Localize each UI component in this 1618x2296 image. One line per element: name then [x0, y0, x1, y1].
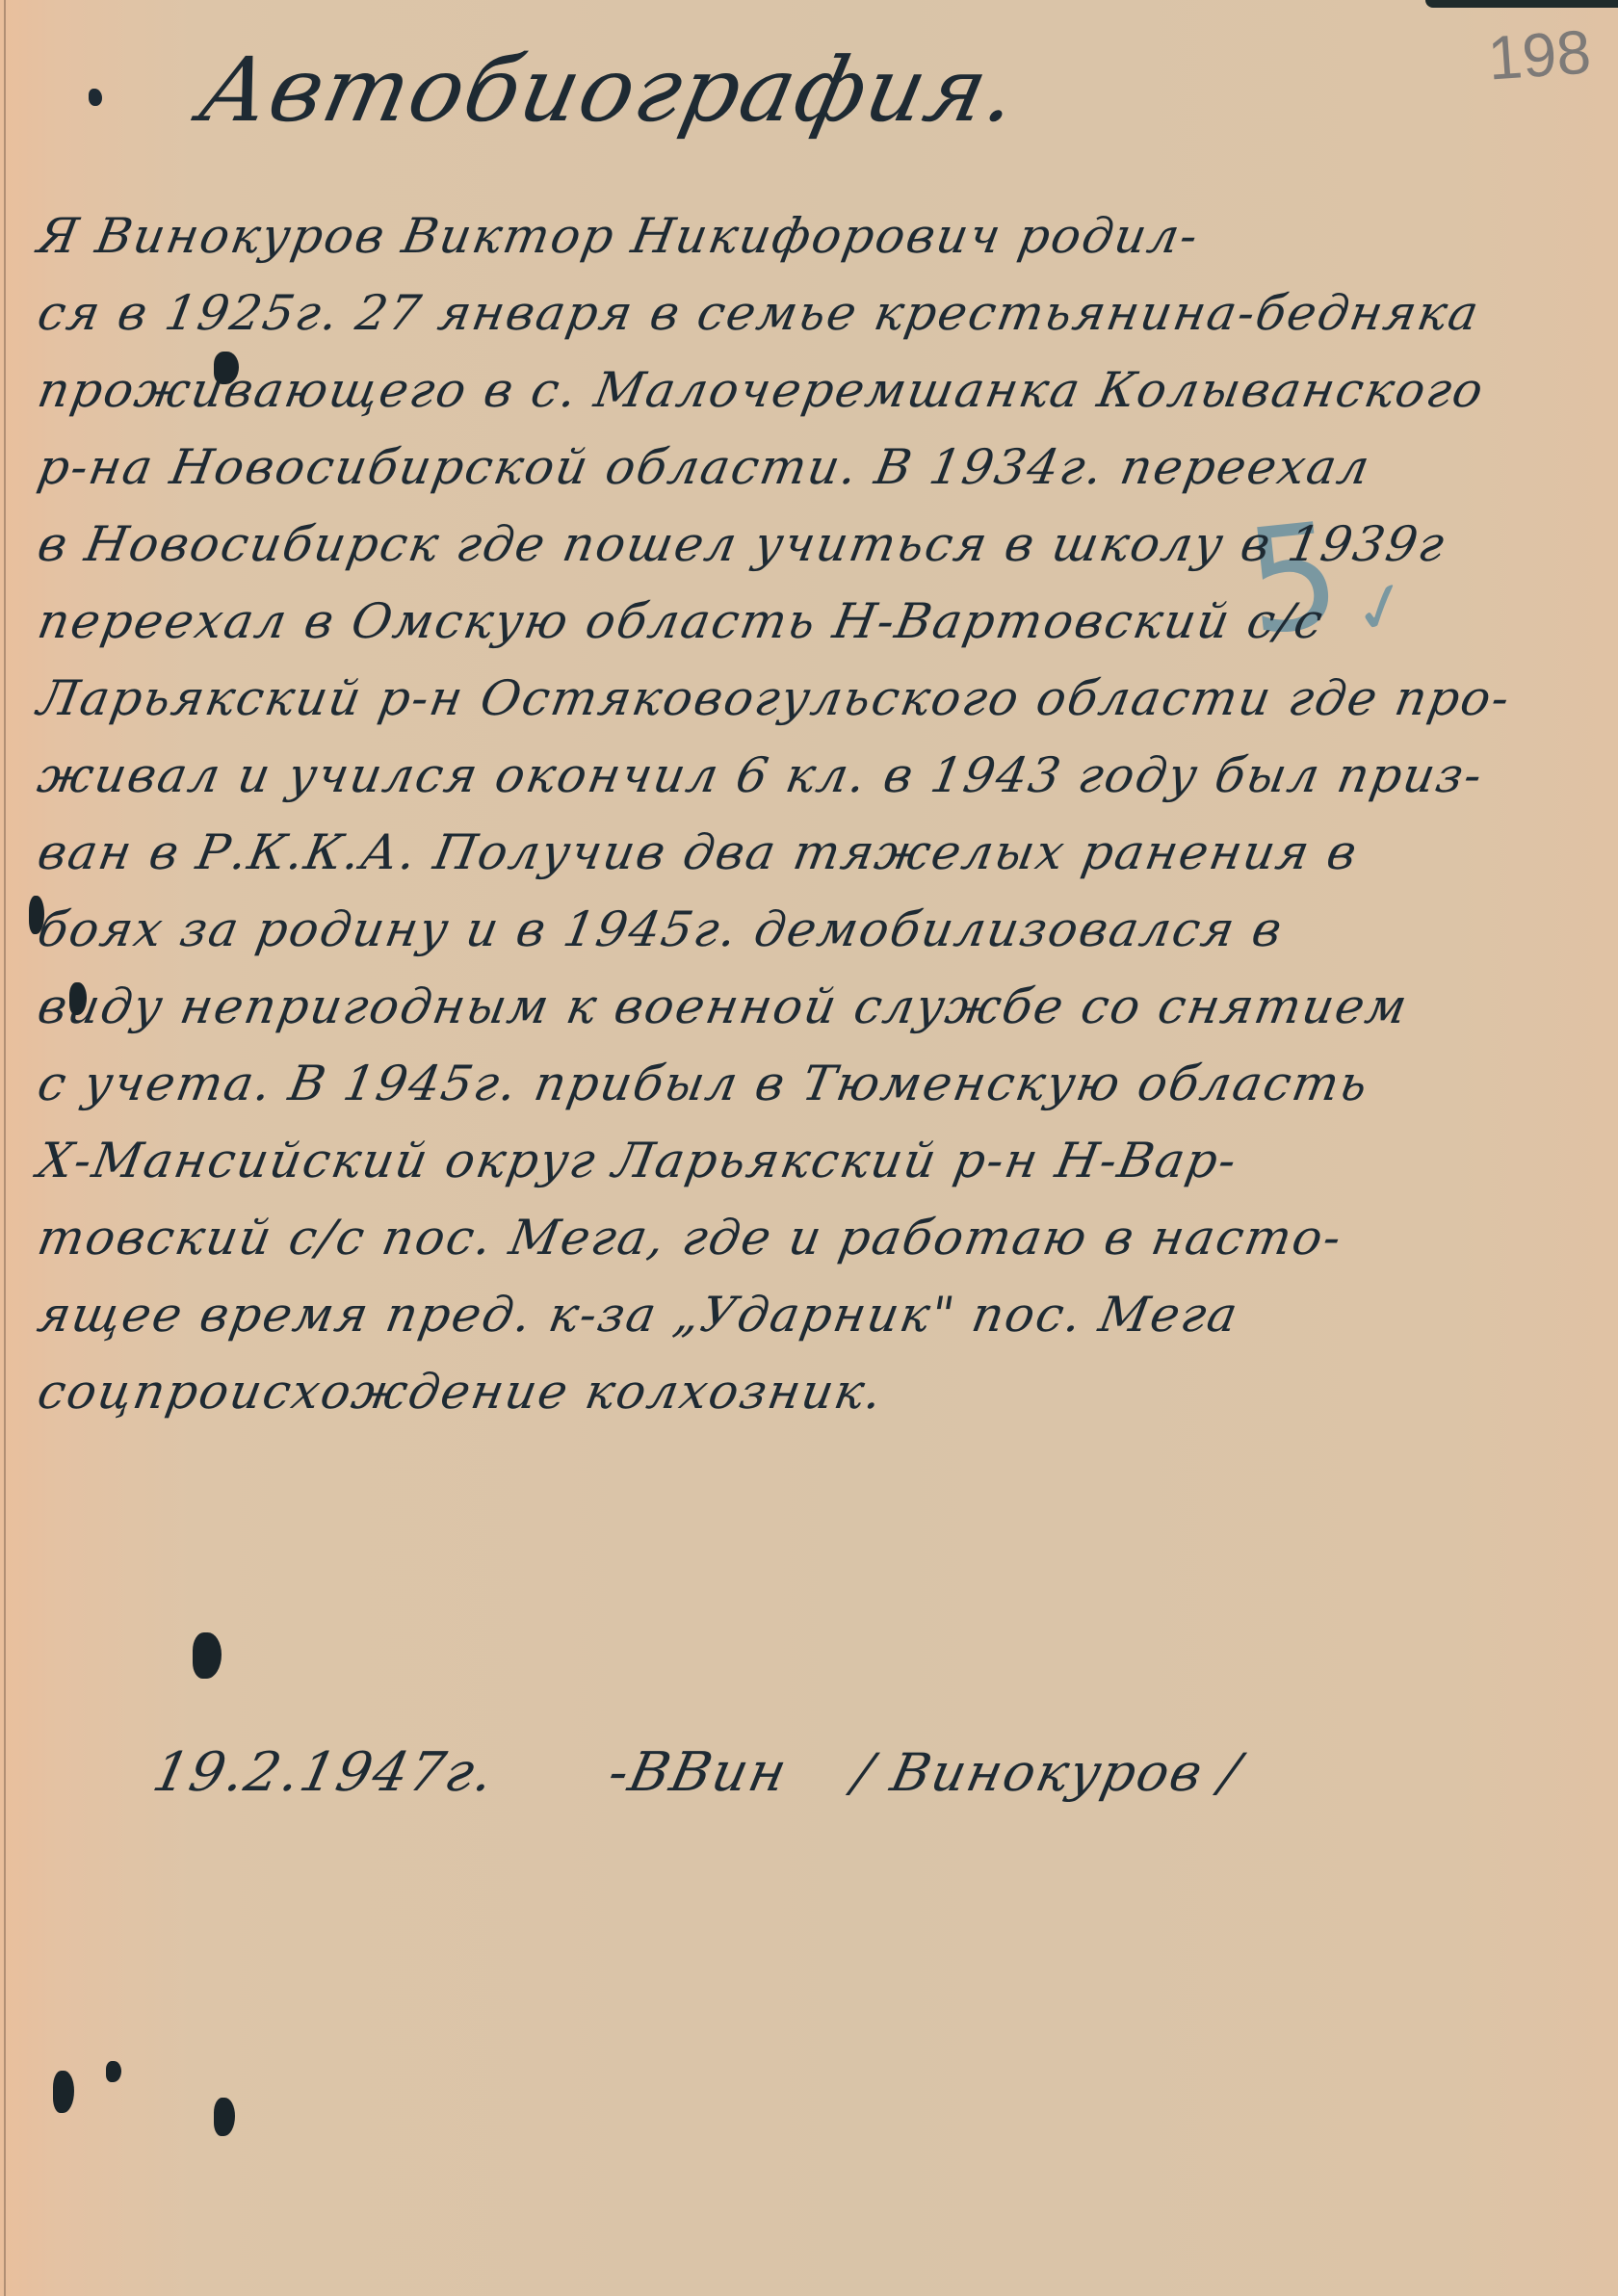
- text-line: с учета. В 1945г. прибыл в Тюменскую обл…: [32, 1045, 1586, 1122]
- ink-blot: [106, 2061, 121, 2082]
- text-line: проживающего в с. Малочеремшанка Колыван…: [32, 352, 1586, 429]
- text-line: Я Винокуров Виктор Никифорович родил-: [32, 197, 1586, 274]
- ink-blot: [53, 2071, 74, 2113]
- text-line: ся в 1925г. 27 января в семье крестьянин…: [32, 274, 1586, 352]
- document-date: 19.2.1947г.: [147, 1741, 501, 1804]
- signature: -ВВин: [603, 1741, 794, 1804]
- text-line: ящее время пред. к-за „Ударник" пос. Мег…: [32, 1276, 1586, 1353]
- signature-name: / Винокуров /: [848, 1742, 1248, 1803]
- document-page: 198 Автобиография. 5 ✓ Я Винокуров Викто…: [0, 0, 1618, 2296]
- text-line: Ларьякский р-н Остяковогульского области…: [32, 660, 1586, 737]
- text-line: переехал в Омскую область Н-Вартовский с…: [32, 583, 1586, 660]
- ink-blot: [193, 1632, 222, 1679]
- scan-edge: [1425, 0, 1618, 8]
- text-line: ван в Р.К.К.А. Получив два тяжелых ранен…: [32, 814, 1586, 891]
- text-line: живал и учился окончил 6 кл. в 1943 году…: [32, 737, 1586, 814]
- archive-page-number: 198: [1486, 15, 1594, 93]
- text-line: соцпроисхождение колхозник.: [32, 1353, 1586, 1430]
- ink-blot: [214, 2098, 235, 2136]
- text-line: товский с/с пос. Мега, где и работаю в н…: [32, 1199, 1586, 1276]
- ink-dot: [89, 89, 102, 106]
- text-line: р-на Новосибирской области. В 1934г. пер…: [32, 429, 1586, 506]
- text-line: в Новосибирск где пошел учиться в школу …: [32, 506, 1586, 583]
- text-line: Х-Мансийский округ Ларьякский р-н Н-Вар-: [32, 1122, 1586, 1199]
- text-line: виду непригодным к военной службе со сня…: [32, 968, 1586, 1045]
- text-line: боях за родину и в 1945г. демобилизовалс…: [32, 891, 1586, 968]
- document-title: Автобиография.: [192, 39, 1029, 142]
- signature-block: 19.2.1947г. -ВВин / Винокуров /: [154, 1724, 1406, 1820]
- binding-edge: [4, 0, 6, 2296]
- handwritten-body: Я Винокуров Виктор Никифорович родил- ся…: [39, 197, 1579, 1430]
